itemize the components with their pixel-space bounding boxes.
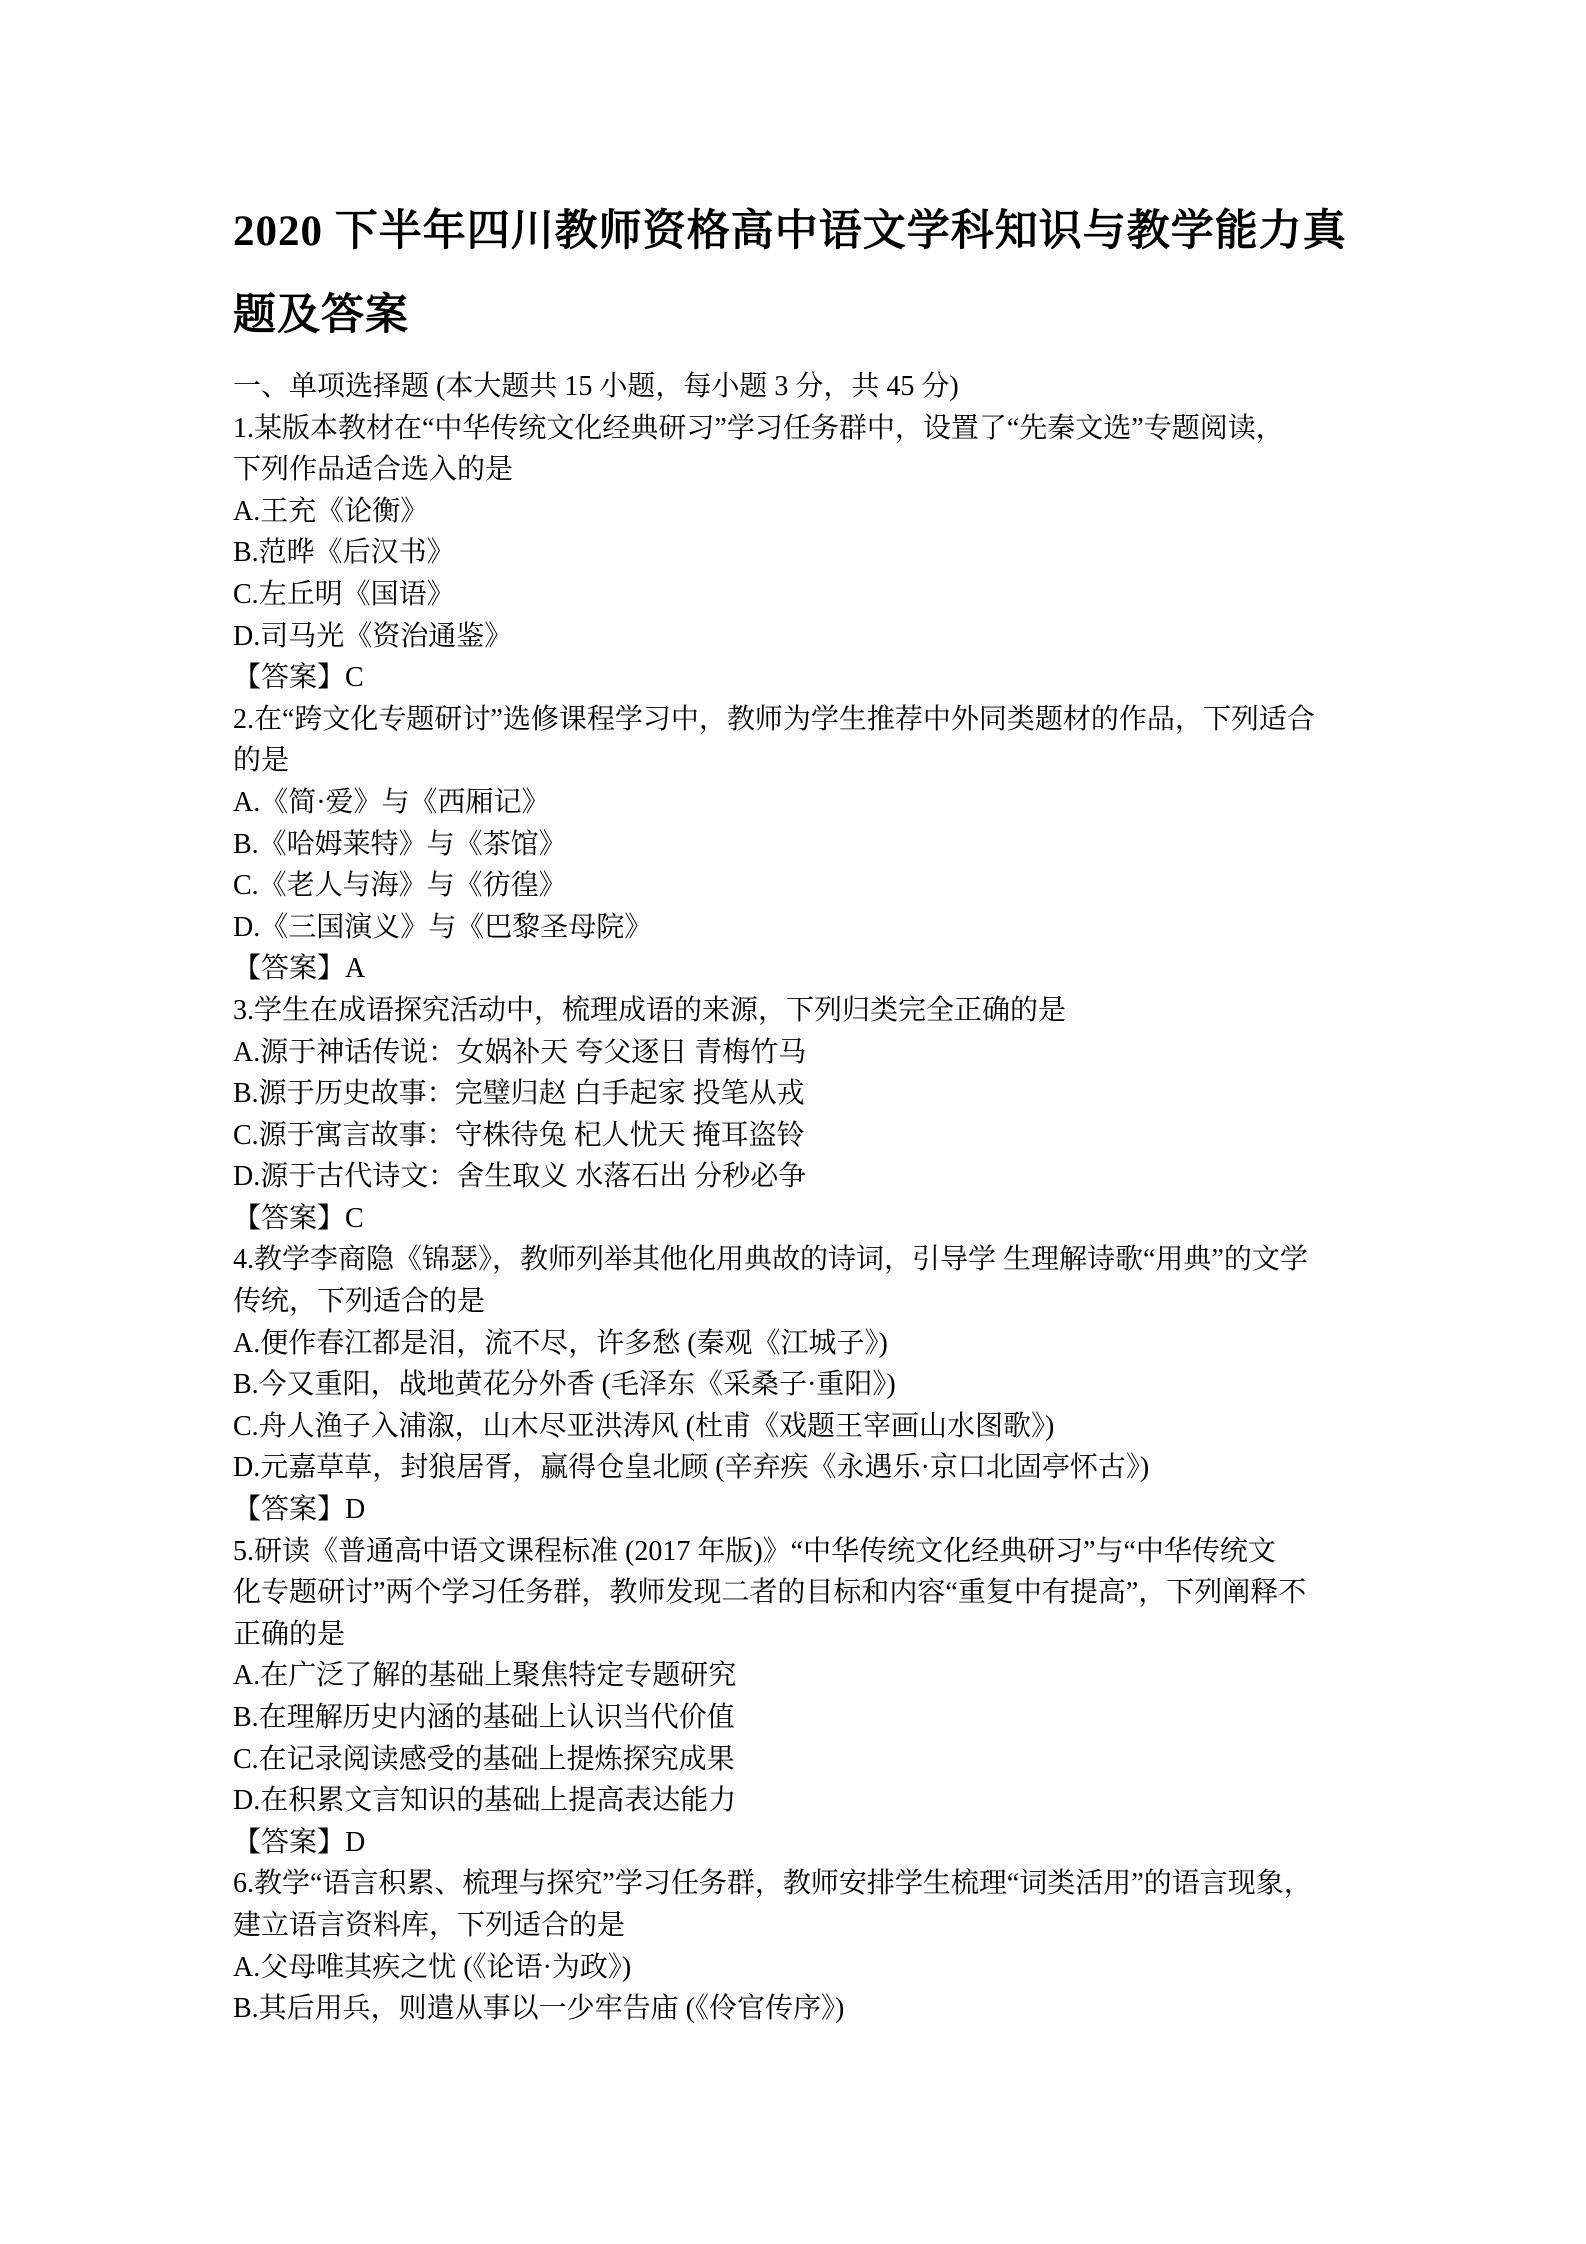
- question-4-option-a: A.便作春江都是泪，流不尽，许多愁 (秦观《江城子》): [233, 1323, 1356, 1365]
- answer-label: 【答案】: [233, 953, 345, 984]
- question-4-answer-value: D: [345, 1494, 365, 1525]
- question-5-answer-line: 【答案】D: [233, 1822, 1356, 1864]
- question-1-answer-value: C: [345, 662, 364, 693]
- question-6-stem-line-2: 建立语言资料库，下列适合的是: [233, 1905, 1356, 1947]
- question-4-option-d: D.元嘉草草，封狼居胥，赢得仓皇北顾 (辛弃疾《永遇乐·京口北固亭怀古》): [233, 1447, 1356, 1489]
- question-4-option-c: C.舟人渔子入浦溆，山木尽亚洪涛风 (杜甫《戏题王宰画山水图歌》): [233, 1406, 1356, 1448]
- question-6-option-b: B.其后用兵，则遣从事以一少牢告庙 (《伶官传序》): [233, 1988, 1356, 2030]
- question-3-option-b: B.源于历史故事：完璧归赵 白手起家 投笔从戎: [233, 1073, 1356, 1115]
- question-4-option-b: B.今又重阳，战地黄花分外香 (毛泽东《采桑子·重阳》): [233, 1364, 1356, 1406]
- answer-label: 【答案】: [233, 1203, 345, 1234]
- document-title: 2020 下半年四川教师资格高中语文学科知识与教学能力真 题及答案: [233, 190, 1356, 358]
- question-3-option-c: C.源于寓言故事：守株待兔 杞人忧天 掩耳盗铃: [233, 1115, 1356, 1157]
- question-1-option-a: A.王充《论衡》: [233, 491, 1356, 533]
- question-3-option-a: A.源于神话传说：女娲补天 夸父逐日 青梅竹马: [233, 1032, 1356, 1074]
- answer-label: 【答案】: [233, 1827, 345, 1858]
- question-5-option-a: A.在广泛了解的基础上聚焦特定专题研究: [233, 1655, 1356, 1697]
- answer-label: 【答案】: [233, 662, 345, 693]
- question-2-stem-line-1: 2.在“跨文化专题研讨”选修课程学习中，教师为学生推荐中外同类题材的作品，下列适…: [233, 699, 1356, 741]
- question-2-answer-value: A: [345, 953, 365, 984]
- document-title-line-2: 题及答案: [233, 274, 1356, 358]
- question-5-option-c: C.在记录阅读感受的基础上提炼探究成果: [233, 1739, 1356, 1781]
- question-1-answer-line: 【答案】C: [233, 657, 1356, 699]
- question-4-answer-line: 【答案】D: [233, 1489, 1356, 1531]
- question-5-answer-value: D: [345, 1827, 365, 1858]
- question-2-option-d: D.《三国演义》与《巴黎圣母院》: [233, 907, 1356, 949]
- question-5-option-d: D.在积累文言知识的基础上提高表达能力: [233, 1780, 1356, 1822]
- question-6-stem-line-1: 6.教学“语言积累、梳理与探究”学习任务群，教师安排学生梳理“词类活用”的语言现…: [233, 1863, 1356, 1905]
- question-2-answer-line: 【答案】A: [233, 948, 1356, 990]
- document-page: 2020 下半年四川教师资格高中语文学科知识与教学能力真 题及答案 一、单项选择…: [0, 0, 1586, 2244]
- question-1-option-b: B.范晔《后汉书》: [233, 532, 1356, 574]
- document-title-line-1: 2020 下半年四川教师资格高中语文学科知识与教学能力真: [233, 190, 1356, 274]
- question-2-option-a: A.《简·爱》与《西厢记》: [233, 782, 1356, 824]
- question-1-option-c: C.左丘明《国语》: [233, 574, 1356, 616]
- question-4-stem-line-1: 4.教学李商隐《锦瑟》，教师列举其他化用典故的诗词，引导学 生理解诗歌“用典”的…: [233, 1239, 1356, 1281]
- question-1-option-d: D.司马光《资治通鉴》: [233, 616, 1356, 658]
- section-heading: 一、单项选择题 (本大题共 15 小题，每小题 3 分，共 45 分): [233, 366, 1356, 408]
- question-2-stem-line-2: 的是: [233, 740, 1356, 782]
- question-6-option-a: A.父母唯其疾之忧 (《论语·为政》): [233, 1947, 1356, 1989]
- question-5-stem-line-3: 正确的是: [233, 1614, 1356, 1656]
- question-1-stem-line-1: 1.某版本教材在“中华传统文化经典研习”学习任务群中，设置了“先秦文选”专题阅读…: [233, 408, 1356, 450]
- question-3-option-d: D.源于古代诗文：舍生取义 水落石出 分秒必争: [233, 1156, 1356, 1198]
- question-2-option-c: C.《老人与海》与《彷徨》: [233, 865, 1356, 907]
- answer-label: 【答案】: [233, 1494, 345, 1525]
- question-1-stem-line-2: 下列作品适合选入的是: [233, 449, 1356, 491]
- question-5-stem-line-2: 化专题研讨”两个学习任务群，教师发现二者的目标和内容“重复中有提高”，下列阐释不: [233, 1572, 1356, 1614]
- question-5-stem-line-1: 5.研读《普通高中语文课程标准 (2017 年版)》“中华传统文化经典研习”与“…: [233, 1531, 1356, 1573]
- question-2-option-b: B.《哈姆莱特》与《茶馆》: [233, 824, 1356, 866]
- question-3-stem-line-1: 3.学生在成语探究活动中，梳理成语的来源，下列归类完全正确的是: [233, 990, 1356, 1032]
- question-5-option-b: B.在理解历史内涵的基础上认识当代价值: [233, 1697, 1356, 1739]
- question-3-answer-value: C: [345, 1203, 364, 1234]
- question-4-stem-line-2: 传统，下列适合的是: [233, 1281, 1356, 1323]
- question-3-answer-line: 【答案】C: [233, 1198, 1356, 1240]
